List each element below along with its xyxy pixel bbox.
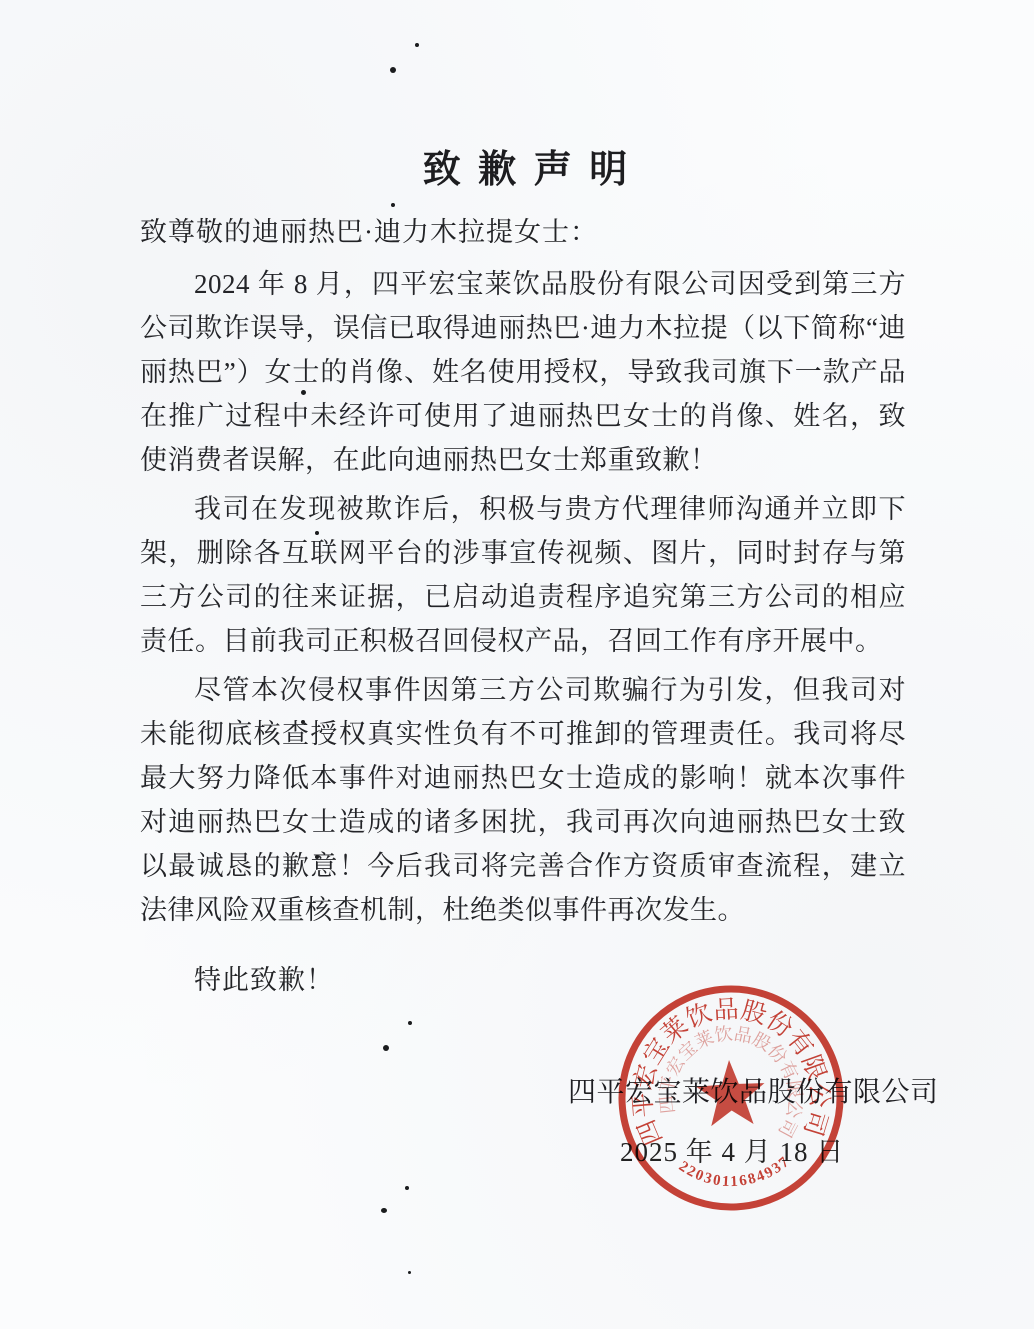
ink-speck: [391, 203, 395, 207]
ink-speck: [390, 67, 396, 73]
scanned-apology-letter-page: 致 歉 声 明 致尊敬的迪丽热巴·迪力木拉提女士： 2024 年 8 月，四平宏…: [0, 0, 1034, 1329]
paragraph-2: 我司在发现被欺诈后，积极与贵方代理律师沟通并立即下架，删除各互联网平台的涉事宣传…: [140, 487, 906, 663]
document-title: 致 歉 声 明: [10, 138, 1034, 193]
ink-speck: [383, 1045, 389, 1051]
ink-speck: [415, 43, 419, 47]
letter-body: 2024 年 8 月，四平宏宝莱饮品股份有限公司因受到第三方公司欺诈误导，误信已…: [140, 262, 906, 937]
ink-speck: [408, 1021, 412, 1025]
company-seal: 四平宏宝莱饮品股份有限公司 四平宏宝莱饮品股份有限公司 220301168493…: [605, 972, 857, 1224]
svg-text:2203011684937: 2203011684937: [675, 1153, 795, 1193]
ink-speck: [301, 720, 305, 724]
paragraph-1: 2024 年 8 月，四平宏宝莱饮品股份有限公司因受到第三方公司欺诈误导，误信已…: [140, 262, 906, 482]
ink-speck: [315, 531, 319, 535]
seal-number-text: 2203011684937: [675, 1153, 795, 1193]
seal-number-arc: 2203011684937: [675, 1153, 795, 1193]
ink-speck: [301, 390, 306, 395]
ink-speck: [408, 1271, 411, 1274]
closing-line: 特此致歉！: [140, 958, 334, 997]
ink-speck: [405, 1186, 409, 1190]
ink-speck: [381, 1208, 387, 1213]
seal-star-icon: [695, 1058, 767, 1127]
salutation-line: 致尊敬的迪丽热巴·迪力木拉提女士：: [140, 210, 910, 249]
ink-speck: [315, 855, 319, 859]
paragraph-3: 尽管本次侵权事件因第三方公司欺骗行为引发，但我司对未能彻底核查授权真实性负有不可…: [140, 668, 906, 932]
